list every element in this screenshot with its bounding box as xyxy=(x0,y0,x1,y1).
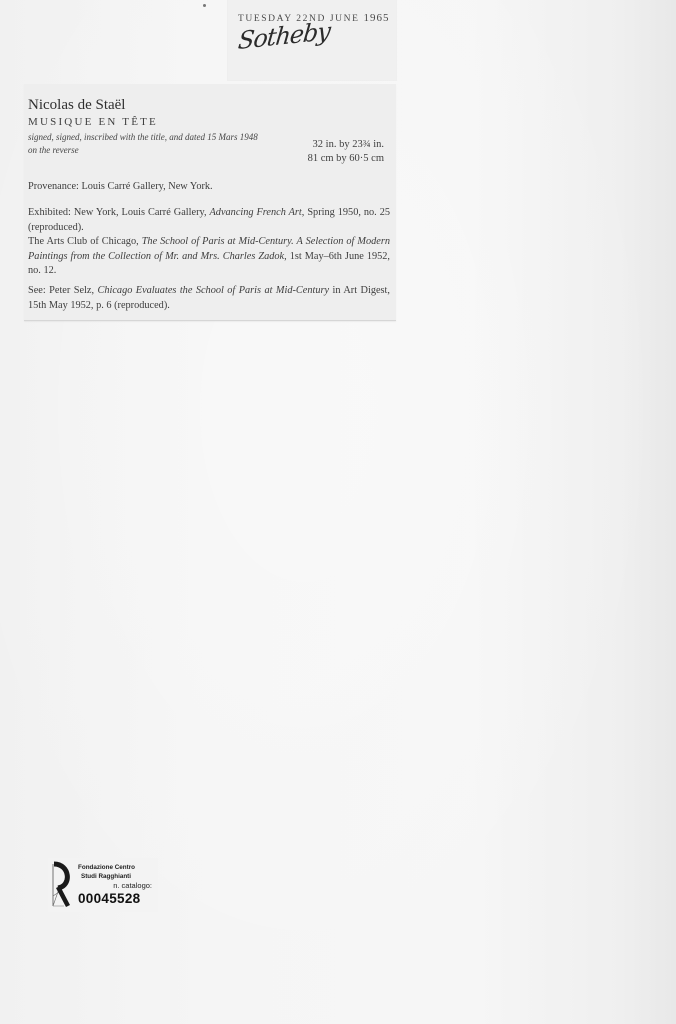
inscription-line-1: signed, signed, inscribed with the title… xyxy=(28,131,328,144)
date-clipping: TUESDAY 22ND JUNE 1965 Sotheby xyxy=(228,0,396,80)
dimensions-centimeters: 81 cm by 60·5 cm xyxy=(308,152,384,166)
archive-catalog-label: Fondazione Centro Studi Ragghianti n. ca… xyxy=(48,858,158,912)
literature-section: See: Peter Selz, Chicago Evaluates the S… xyxy=(28,284,390,313)
paper-speck xyxy=(203,4,206,7)
catalog-number-label: n. catalogo: xyxy=(78,881,152,891)
artwork-inscription-details: signed, signed, inscribed with the title… xyxy=(28,131,328,157)
exhibited-prefix: Exhibited: New York, Louis Carré Gallery… xyxy=(28,207,210,218)
exhibition-1-title: Advancing French Art xyxy=(210,207,302,218)
dimensions-inches: 32 in. by 23¾ in. xyxy=(308,138,384,152)
literature-author: See: Peter Selz, xyxy=(28,285,97,296)
artwork-title: MUSIQUE EN TÊTE xyxy=(28,116,158,128)
artwork-dimensions: 32 in. by 23¾ in. 81 cm by 60·5 cm xyxy=(308,138,384,166)
inscription-line-2: on the reverse xyxy=(28,144,328,157)
foundation-name-line-2: Studi Ragghianti xyxy=(78,872,152,881)
sale-year: 1965 xyxy=(363,12,389,24)
artist-name: Nicolas de Staël xyxy=(28,97,125,114)
foundation-name-line-1: Fondazione Centro xyxy=(78,863,152,872)
catalog-number: 00045528 xyxy=(78,891,152,906)
literature-article-title: Chicago Evaluates the School of Paris at… xyxy=(97,285,329,296)
catalog-label-text: Fondazione Centro Studi Ragghianti n. ca… xyxy=(78,863,152,906)
exhibition-2-venue: The Arts Club of Chicago, xyxy=(28,236,142,247)
ragghianti-r-logo-icon xyxy=(50,860,72,910)
exhibited-section: Exhibited: New York, Louis Carré Gallery… xyxy=(28,206,390,279)
lot-entry-clipping: Nicolas de Staël MUSIQUE EN TÊTE signed,… xyxy=(24,84,396,321)
provenance-section: Provenance: Louis Carré Gallery, New Yor… xyxy=(28,180,390,195)
